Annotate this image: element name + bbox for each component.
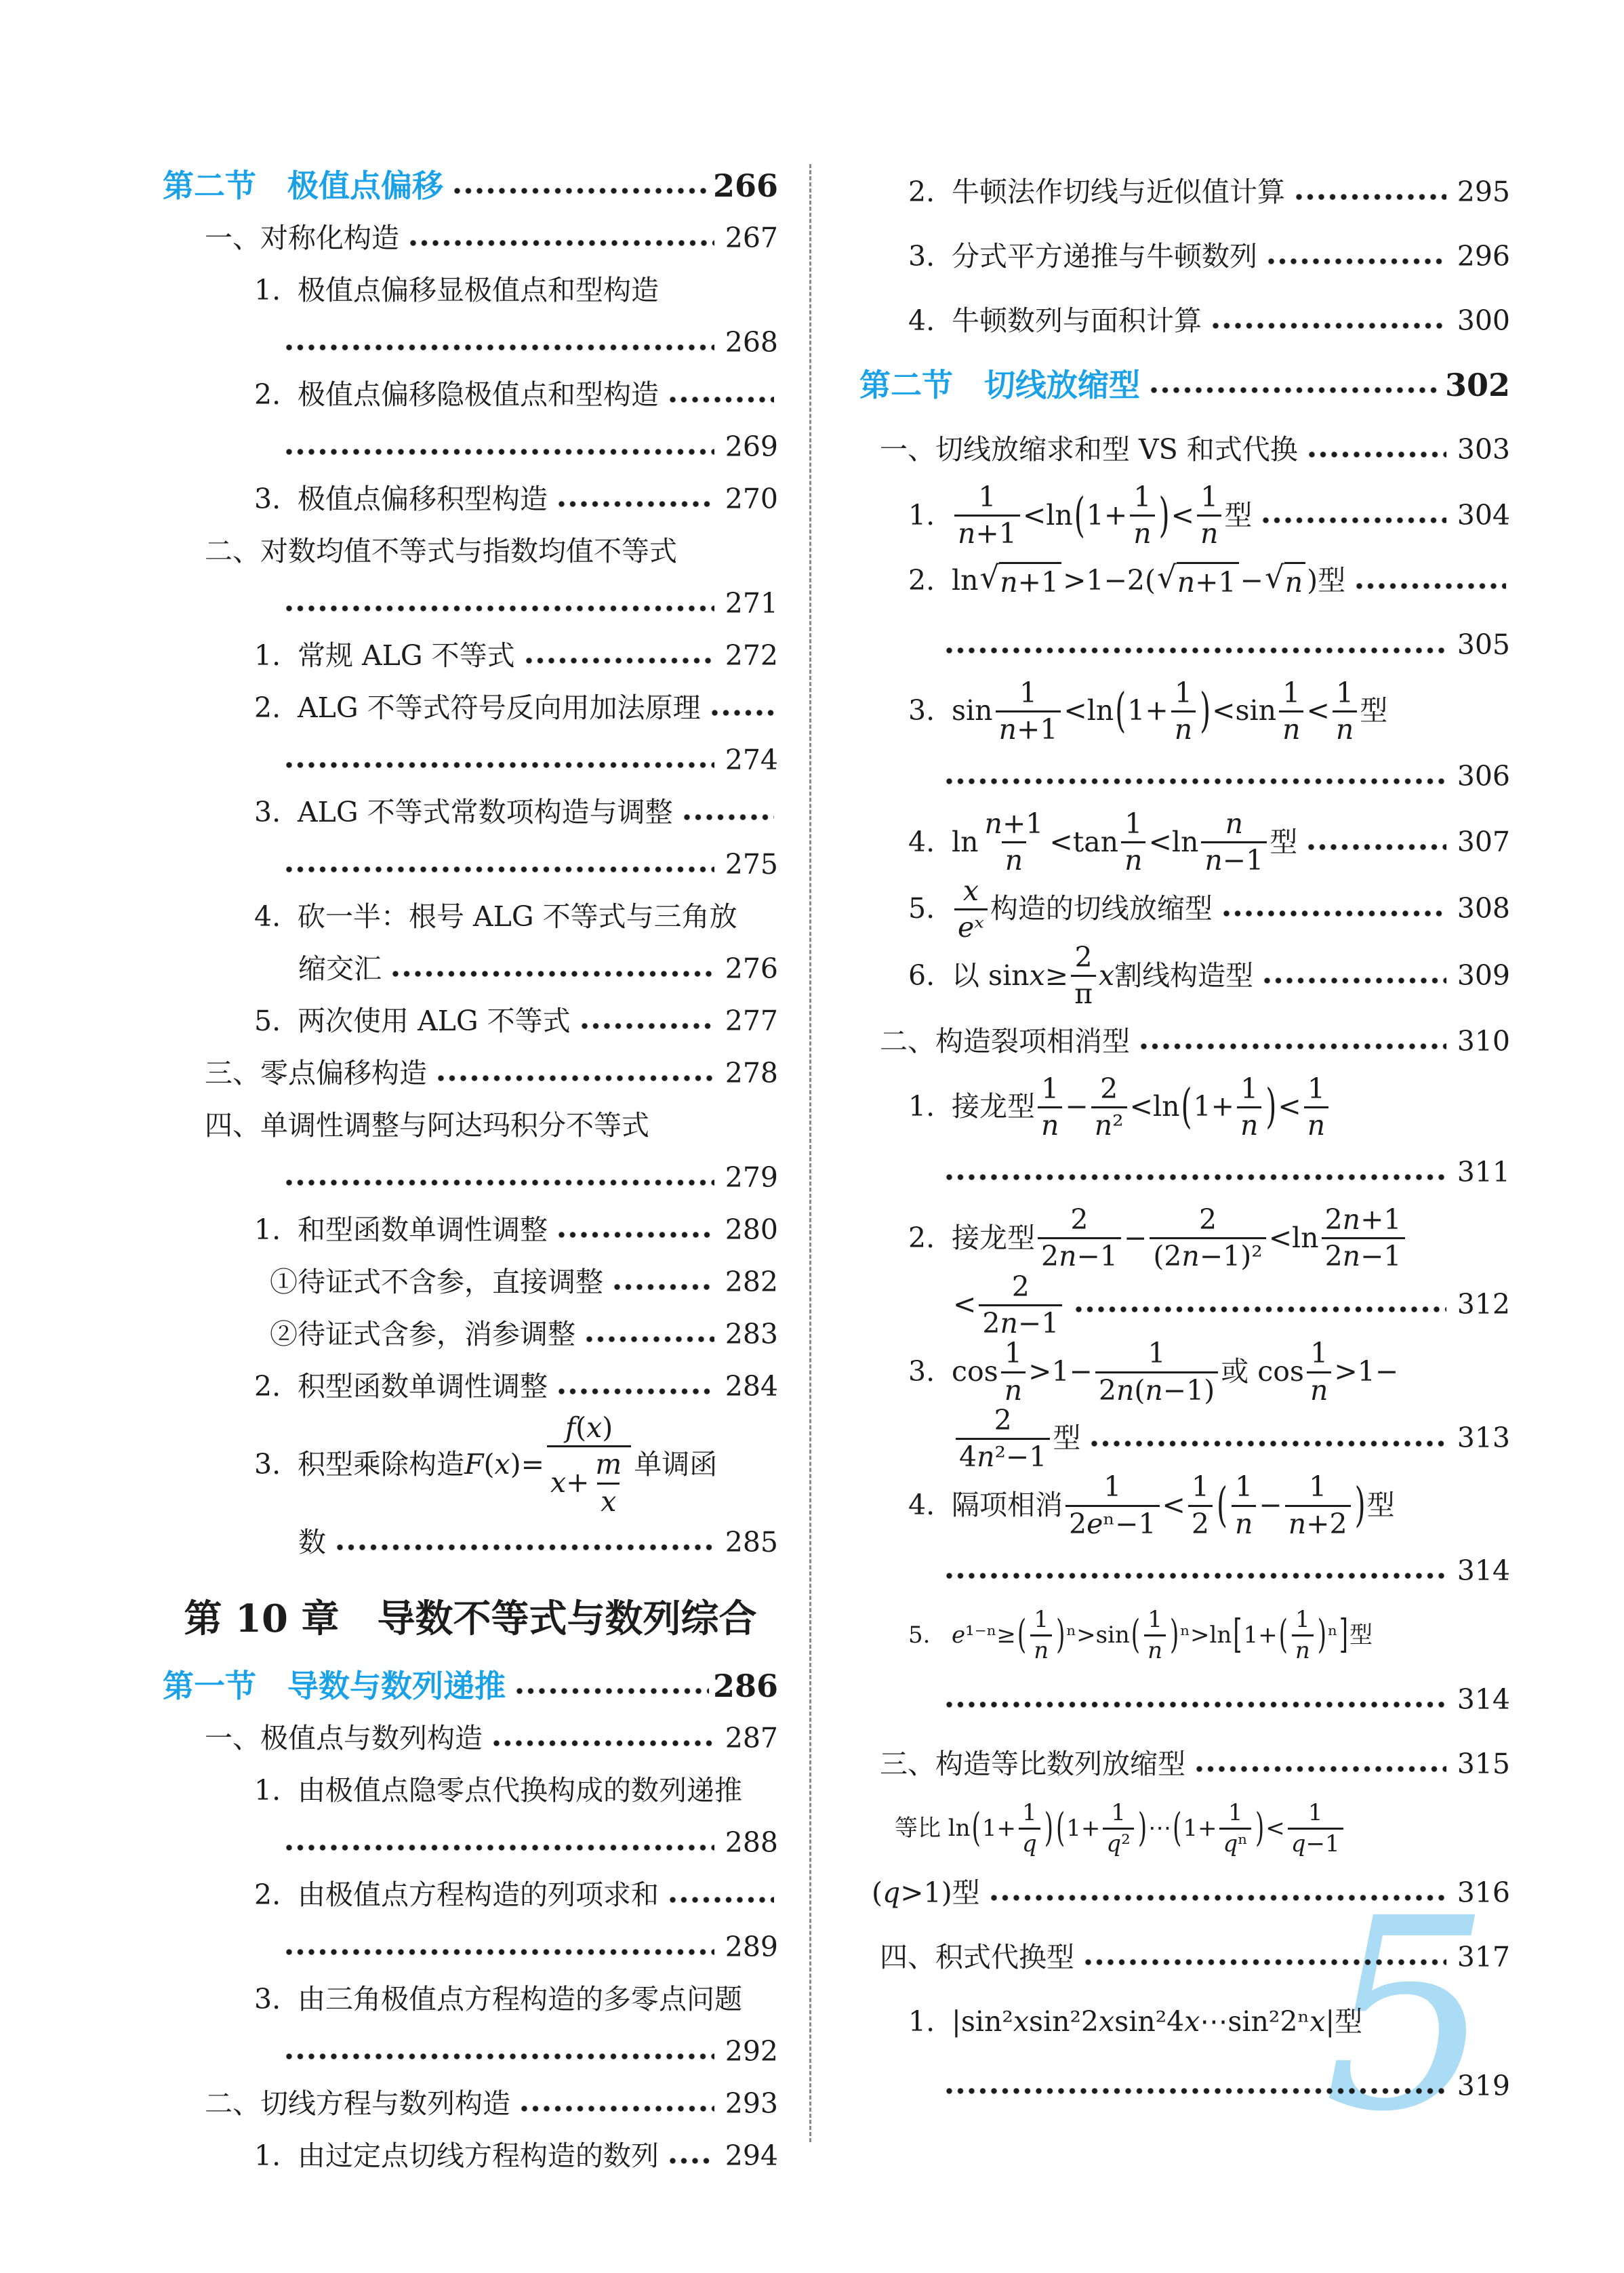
toc-entry: 2.ALG 不等式符号反向用加法原理 <box>254 682 778 734</box>
toc-entry-text: ②待证式含参，消参调整 <box>270 1317 575 1352</box>
math-variable: x <box>550 1468 566 1497</box>
toc-entry: 1.1n+1<ln(1+1n)<1n型 304 <box>908 482 1510 549</box>
toc-text: ALG 不等式符号反向用加法原理 <box>298 691 701 725</box>
toc-left-column: 第二节 极值点偏移266一、对称化构造 2671.极值点偏移显极值点和型构造26… <box>163 160 778 2182</box>
dot-leader <box>557 1230 714 1239</box>
radical-sign: √ <box>980 562 1000 592</box>
toc-entry-number: 2. <box>254 378 298 412</box>
fraction: 1n <box>1197 482 1221 549</box>
dot-leader <box>1222 909 1446 918</box>
math-bracket: ) <box>1254 1804 1265 1853</box>
math-variable: e <box>952 1621 965 1650</box>
toc-text: 1 <box>1282 678 1300 708</box>
toc-page-number: 307 <box>1450 825 1510 860</box>
toc-entry: 2.ln √n+1>1−2(√n+1−√n)型 <box>908 549 1510 613</box>
sqrt-expression: √n <box>1265 562 1305 600</box>
fraction-denominator: n <box>1237 1106 1261 1140</box>
toc-page-number: 280 <box>718 1213 778 1247</box>
toc-text: +1 <box>1360 1205 1401 1234</box>
toc-page-number: 295 <box>1450 175 1510 209</box>
math-variable: x <box>1310 2005 1325 2039</box>
fraction: 2π <box>1071 942 1096 1009</box>
toc-entry: (q>1)型 316 <box>872 1861 1510 1925</box>
math-bracket: ) <box>1137 1804 1148 1853</box>
toc-text: <ln <box>1148 825 1198 860</box>
fraction: 1n <box>1237 1074 1261 1141</box>
fraction-denominator: 4n²−1 <box>956 1438 1050 1472</box>
dot-leader <box>285 447 714 456</box>
toc-text: 1 <box>1103 1472 1121 1502</box>
fraction: 2n+12n−1 <box>1322 1205 1405 1272</box>
toc-entry: 一、对称化构造 267 <box>205 212 778 264</box>
radicand: n+1 <box>1177 562 1239 600</box>
toc-text: −1 <box>1223 845 1263 875</box>
toc-entry-number: 1. <box>908 1089 952 1124</box>
fraction: 1n <box>1144 1607 1166 1664</box>
toc-text: 2 <box>1192 1509 1209 1539</box>
toc-text: <tan <box>1049 825 1118 860</box>
toc-text: >1− <box>1028 1354 1093 1389</box>
toc-text: +1 <box>1017 715 1057 744</box>
fraction-numerator: n+1 <box>981 809 1047 841</box>
toc-text: 极值点偏移显极值点和型构造 <box>298 273 659 308</box>
fraction-numerator: 1 <box>1237 1074 1261 1106</box>
toc-entry: 等比 ln(1+1q)(1+1q²)⋯(1+1qⁿ)<1q−1 <box>895 1796 1510 1861</box>
toc-text: +1 <box>975 519 1016 548</box>
toc-entry-text: 接龙型1n−2n²<ln(1+1n)<1n <box>952 1074 1331 1141</box>
dot-leader <box>557 500 714 508</box>
toc-page-number: 268 <box>718 325 778 360</box>
toc-entry: 数285 <box>298 1516 778 1569</box>
fraction-denominator: 2n−1 <box>1322 1237 1405 1271</box>
math-variable: n <box>1204 845 1222 875</box>
dot-leader <box>285 865 714 874</box>
toc-text: (2 <box>1153 1241 1181 1271</box>
toc-entry-text: cos 1n>1−12n(n−1)或 cos 1n>1− <box>952 1338 1398 1405</box>
math-bracket: ( <box>1171 1804 1183 1853</box>
toc-page-number: 302 <box>1445 366 1510 405</box>
fraction: xeˣ <box>954 876 988 943</box>
toc-text: >ln <box>1190 1621 1232 1650</box>
toc-text: 牛顿法作切线与近似值计算 <box>952 175 1285 209</box>
fraction: 12 <box>1188 1472 1213 1539</box>
fraction-numerator: 1 <box>1225 1801 1246 1828</box>
toc-text: sin²4 <box>1114 2005 1184 2039</box>
math-bracket: ) <box>1169 1611 1180 1660</box>
fraction: 1q² <box>1103 1801 1133 1857</box>
toc-text: 三、构造等比数列放缩型 <box>880 1747 1185 1782</box>
toc-text: 缩交汇 <box>298 952 382 986</box>
fraction-denominator: n <box>1279 710 1303 744</box>
fraction: 1n+2 <box>1285 1472 1351 1539</box>
toc-text: 1+ <box>1193 1089 1234 1124</box>
toc-text: −1 <box>1018 1308 1059 1338</box>
fraction: 1n <box>1030 1607 1052 1664</box>
toc-entry-number: 6. <box>908 959 952 993</box>
toc-text: 2 <box>1325 1205 1343 1234</box>
toc-entry: 314 <box>935 1668 1510 1732</box>
toc-page-number: 315 <box>1450 1747 1510 1782</box>
fraction: 1n <box>1307 1338 1331 1405</box>
sqrt-expression: √n+1 <box>980 562 1062 600</box>
fraction-denominator: q² <box>1103 1828 1133 1857</box>
toc-text: 2 <box>982 1308 1000 1338</box>
dot-leader <box>437 1074 714 1083</box>
math-variable: x <box>1099 2005 1114 2039</box>
toc-text: +1 <box>1002 809 1043 839</box>
toc-entry: 2.牛顿法作切线与近似值计算295 <box>908 160 1510 224</box>
toc-text: 1 <box>1192 1472 1209 1502</box>
toc-entry: 一、极值点与数列构造 287 <box>205 1712 778 1765</box>
toc-text: 1 <box>1133 482 1151 512</box>
toc-text: ⁿ <box>1238 1832 1248 1857</box>
toc-text: − <box>1065 1089 1088 1124</box>
toc-entry: 305 <box>935 613 1510 678</box>
toc-text: 1 <box>1148 1607 1162 1632</box>
toc-entry-text: 极值点偏移积型构造 <box>298 482 548 517</box>
toc-entry-text: 第一节 导数与数列递推 <box>163 1667 506 1706</box>
toc-entry-text: <22n−1 <box>953 1272 1065 1339</box>
math-variable: n <box>1041 1110 1059 1140</box>
toc-entry-text: 数 <box>298 1525 326 1560</box>
toc-entry: 四、积式代换型 317 <box>880 1925 1510 1990</box>
toc-page-number: 304 <box>1450 498 1510 533</box>
toc-entry: 2.积型函数单调性调整284 <box>254 1361 778 1413</box>
toc-entry: 4.砍一半：根号 ALG 不等式与三角放 <box>254 891 778 943</box>
toc-entry-text: 以 sinx≥2πx 割线构造型 <box>952 942 1253 1009</box>
toc-entry-text: (q>1)型 <box>872 1876 980 1910</box>
toc-text: >sin <box>1076 1621 1130 1650</box>
fraction-denominator: n+1 <box>996 710 1061 744</box>
math-variable: n <box>1307 1110 1325 1140</box>
toc-text: 2 <box>1041 1241 1059 1271</box>
toc-text: + <box>566 1468 589 1497</box>
dot-leader <box>945 1571 1446 1580</box>
toc-text: ( <box>1134 1375 1145 1405</box>
toc-text: 由过定点切线方程构造的数列 <box>298 2139 659 2173</box>
toc-text: 或 cos <box>1221 1354 1304 1389</box>
toc-page-number: 308 <box>1450 891 1510 926</box>
toc-text: 1 <box>1307 1074 1325 1104</box>
toc-entry: 二、切线方程与数列构造 293 <box>205 2078 778 2130</box>
fraction-denominator: n² <box>1091 1106 1127 1140</box>
math-variable: n <box>1145 1375 1162 1405</box>
toc-text: 型 <box>1053 1421 1080 1455</box>
toc-text: 极值点偏移隐极值点和型构造 <box>298 378 659 412</box>
math-variable: x <box>1030 959 1045 993</box>
toc-text: >1− <box>1334 1354 1398 1389</box>
toc-entry: 274 <box>275 734 778 786</box>
dot-leader <box>945 1173 1446 1182</box>
toc-page-number: 292 <box>718 2034 778 2069</box>
dot-leader <box>1355 582 1506 590</box>
toc-entry-text: 牛顿数列与面积计算 <box>952 304 1202 338</box>
toc-page-number: 269 <box>718 430 778 464</box>
toc-page-number: 287 <box>718 1721 778 1756</box>
fraction-denominator: n <box>1121 841 1145 875</box>
toc-text: ) <box>602 1413 613 1443</box>
math-variable: x <box>963 876 979 906</box>
fraction-numerator: 1 <box>1305 1801 1326 1828</box>
toc-entry: 288 <box>275 1817 778 1869</box>
math-bracket: ( <box>1073 486 1087 545</box>
toc-entry: 4.ln n+1n<tan 1n<ln nn−1型307 <box>908 809 1510 876</box>
math-variable: f <box>565 1413 575 1443</box>
toc-entry-text: 1n+1<ln(1+1n)<1n型 <box>952 482 1252 549</box>
toc-text: <ln <box>1063 693 1114 728</box>
toc-entry-number: 1. <box>908 2005 952 2039</box>
dot-leader <box>1295 193 1446 201</box>
fraction: 22n−1 <box>979 1272 1062 1339</box>
toc-text: 2 <box>1099 1375 1116 1405</box>
toc-text: ² <box>1112 1110 1123 1140</box>
toc-text: sin²2 <box>1029 2005 1099 2039</box>
toc-entry-text: 砍一半：根号 ALG 不等式与三角放 <box>298 900 737 934</box>
dot-leader <box>285 1948 714 1956</box>
math-bracket: ( <box>1114 681 1127 740</box>
fraction-numerator: 1 <box>1304 1074 1328 1106</box>
fraction-numerator: 2n+1 <box>1322 1205 1405 1237</box>
dot-leader <box>945 2087 1446 2095</box>
toc-text: 4 <box>959 1442 977 1472</box>
toc-text: 1 <box>1004 1338 1022 1368</box>
toc-entry: 319 <box>935 2054 1510 2118</box>
toc-text: 1 <box>1148 1338 1166 1368</box>
fraction-denominator: π <box>1071 975 1096 1009</box>
fraction: nn−1 <box>1201 809 1267 876</box>
toc-entry-text: 接龙型22n−1−2(2n−1)²<ln 2n+12n−1 <box>952 1205 1408 1272</box>
toc-text: 1 <box>1336 678 1354 708</box>
math-variable: n <box>1116 1375 1134 1405</box>
toc-entry-text: ALG 不等式常数项构造与调整 <box>298 795 673 830</box>
toc-text: 1+ <box>1243 1621 1277 1650</box>
toc-text: 1 <box>1124 809 1142 839</box>
toc-page-number: 270 <box>718 482 778 517</box>
toc-entry-number: 2. <box>254 1369 298 1404</box>
toc-page-number: 282 <box>718 1265 778 1300</box>
fraction-numerator: 1 <box>1188 1472 1213 1504</box>
toc-text: 1 <box>1235 1472 1253 1502</box>
math-bracket: [ <box>1232 1611 1243 1660</box>
math-variable: q <box>882 1876 900 1910</box>
toc-entry: 三、构造等比数列放缩型 315 <box>880 1732 1510 1796</box>
fraction: 1n+1 <box>996 678 1061 745</box>
math-variable: n <box>977 1442 994 1472</box>
fraction-numerator: 1 <box>1144 1607 1166 1635</box>
toc-text: 极值点偏移积型构造 <box>298 482 548 517</box>
math-variable: n <box>1343 1241 1360 1271</box>
math-variable: n <box>1285 565 1303 600</box>
dot-leader <box>585 1335 714 1344</box>
toc-entry: 1.和型函数单调性调整280 <box>254 1204 778 1256</box>
dot-leader <box>1090 1439 1446 1448</box>
toc-text: −1 <box>1360 1241 1401 1271</box>
toc-text: )= <box>510 1447 544 1482</box>
toc-text: 1 <box>1240 1074 1258 1104</box>
dot-leader <box>525 656 714 665</box>
fraction: 1n <box>1279 678 1303 745</box>
dot-leader <box>668 1895 774 1904</box>
math-variable: m <box>595 1449 622 1479</box>
toc-text: <ln <box>1269 1221 1319 1255</box>
fraction: 1n <box>1130 482 1154 549</box>
toc-entry-number: 4. <box>908 304 952 338</box>
toc-entry-text: 二、对数均值不等式与指数均值不等式 <box>205 534 677 569</box>
fraction-denominator: n <box>1197 515 1221 548</box>
toc-entry: 3.由三角极值点方程构造的多零点问题 <box>254 1973 778 2026</box>
dot-leader <box>557 1387 714 1396</box>
toc-entry: 缩交汇276 <box>298 943 778 995</box>
fraction-numerator: x <box>960 876 982 908</box>
math-variable: q <box>1291 1832 1306 1857</box>
dot-leader <box>285 1178 714 1187</box>
toc-text: ² <box>1121 1832 1131 1857</box>
toc-entry: 269 <box>275 421 778 473</box>
math-variable: x <box>1013 2005 1029 2039</box>
toc-entry: 306 <box>935 744 1510 809</box>
fraction-numerator: 1 <box>1030 1607 1052 1635</box>
dot-leader <box>945 1700 1446 1709</box>
toc-text: +1 <box>1195 565 1236 600</box>
toc-text: 1+ <box>1127 693 1168 728</box>
toc-text: ( <box>872 1876 882 1910</box>
toc-page-number: 316 <box>1450 1876 1510 1910</box>
toc-text: 2 <box>1069 1509 1087 1539</box>
toc-text: 第二节 极值点偏移 <box>163 167 443 206</box>
toc-text: >1)型 <box>900 1876 979 1910</box>
toc-entry-number: 3. <box>254 1982 298 2017</box>
column-divider <box>809 164 811 2142</box>
math-bracket: ) <box>1354 1476 1367 1535</box>
toc-page-number: 305 <box>1450 628 1510 662</box>
math-bracket: ] <box>1338 1611 1349 1660</box>
toc-entry-number: 2. <box>908 1221 952 1255</box>
fraction-denominator: n+2 <box>1285 1505 1351 1539</box>
fraction: 1n <box>1001 1338 1026 1405</box>
toc-text: ⁿ <box>1180 1621 1190 1650</box>
toc-entry-text: 四、单调性调整与阿达玛积分不等式 <box>205 1108 649 1143</box>
toc-text: ≥ <box>996 1621 1016 1650</box>
toc-text: ln <box>952 563 979 598</box>
toc-entry-text: 缩交汇 <box>298 952 382 986</box>
math-variable: x <box>586 1413 602 1443</box>
toc-page-number: 294 <box>718 2139 778 2173</box>
toc-page-number: 311 <box>1450 1155 1510 1190</box>
toc-entry-text: 二、切线方程与数列构造 <box>205 2087 510 2121</box>
fraction-numerator: 1 <box>1001 1338 1026 1371</box>
math-variable: q <box>1106 1832 1121 1857</box>
toc-entry-text: ln √n+1>1−2(√n+1−√n)型 <box>952 562 1345 600</box>
toc-entry: 5.e¹⁻ⁿ≥(1n)ⁿ>sin(1n)ⁿ>ln[1+(1n)ⁿ]型 <box>908 1603 1510 1668</box>
toc-entry-text: |sin²x sin²2x sin²4x⋯sin²2ⁿx|型 <box>952 2005 1362 2039</box>
toc-page-number: 283 <box>718 1317 778 1352</box>
math-variable: n <box>1148 1638 1162 1664</box>
toc-page-number: 288 <box>718 1826 778 1860</box>
dot-leader <box>492 1739 714 1748</box>
dot-leader <box>285 761 714 769</box>
toc-entry: 3.极值点偏移积型构造270 <box>254 473 778 525</box>
math-bracket: ) <box>1316 1611 1328 1660</box>
math-variable: n <box>958 519 975 548</box>
fraction-numerator: 2 <box>1097 1074 1121 1106</box>
toc-text: < <box>1306 693 1329 728</box>
toc-entry-text: 常规 ALG 不等式 <box>298 639 515 673</box>
fraction-denominator: n <box>1333 710 1357 744</box>
toc-text: 接龙型 <box>952 1089 1035 1124</box>
fraction-denominator: 2n(n−1) <box>1095 1371 1218 1405</box>
toc-text: ⁿ <box>1066 1621 1076 1650</box>
toc-text: ( <box>483 1447 494 1482</box>
toc-text: ln <box>952 825 979 860</box>
toc-text: 单调函 <box>634 1447 717 1482</box>
toc-text: 三、零点偏移构造 <box>205 1056 427 1091</box>
toc-entry: 3.sin 1n+1<ln(1+1n)<sin 1n<1n型 <box>908 678 1510 745</box>
toc-right-column: 2.牛顿法作切线与近似值计算2953.分式平方递推与牛顿数列2964.牛顿数列与… <box>859 160 1510 2118</box>
fraction-denominator: (2n−1)² <box>1150 1237 1265 1271</box>
math-variable: n <box>1310 1375 1328 1405</box>
fraction: 1qⁿ <box>1219 1801 1251 1857</box>
math-bracket: ( <box>1016 1611 1028 1660</box>
toc-entry: <22n−1312 <box>953 1272 1510 1339</box>
dot-leader <box>710 708 774 717</box>
toc-text: ⁿ <box>1328 1621 1338 1650</box>
toc-text: 四、单调性调整与阿达玛积分不等式 <box>205 1108 649 1143</box>
toc-entry: ②待证式含参，消参调整283 <box>270 1308 778 1361</box>
toc-text: 构造的切线放缩型 <box>990 891 1213 926</box>
math-bracket: ) <box>1158 486 1171 545</box>
toc-page-number: 267 <box>718 221 778 256</box>
toc-entry-text: 第 10 章 导数不等式与数列综合 <box>184 1595 757 1643</box>
toc-text: <sin <box>1212 693 1276 728</box>
dot-leader <box>520 2104 714 2113</box>
math-variable: n <box>1200 519 1218 548</box>
toc-entry-text: 积型乘除构造 F(x)=f(x)x+mx单调函 <box>298 1413 717 1516</box>
toc-entry: 第 10 章 导数不等式与数列综合 <box>163 1593 778 1645</box>
toc-entry-text: 24n²−1型 <box>953 1405 1080 1472</box>
dot-leader <box>1074 1305 1446 1314</box>
fraction-denominator: 2n−1 <box>1038 1237 1121 1271</box>
toc-page-number: 293 <box>718 2087 778 2121</box>
dot-leader <box>285 2052 714 2061</box>
dot-leader <box>1307 843 1446 851</box>
toc-text: < <box>953 1287 976 1322</box>
math-variable: F <box>464 1447 483 1482</box>
dot-leader <box>285 604 714 613</box>
toc-entry: 4.隔项相消12eⁿ−1<12(1n−1n+2)型 <box>908 1472 1510 1539</box>
math-variable: n <box>1343 1205 1360 1234</box>
toc-entry-number: 3. <box>254 482 298 517</box>
toc-entry-number: 3. <box>908 693 952 728</box>
fraction-denominator: q−1 <box>1288 1828 1343 1857</box>
radicand: n <box>1284 562 1305 600</box>
dot-leader <box>453 186 709 195</box>
fraction: mx <box>592 1449 625 1516</box>
toc-page-number: 278 <box>718 1056 778 1091</box>
toc-text: 1 <box>1310 1338 1328 1368</box>
toc-text: 1 <box>1019 678 1037 708</box>
toc-text: 1+ <box>1183 1814 1217 1843</box>
dot-leader <box>945 777 1446 786</box>
fraction-numerator: 1 <box>1279 678 1303 710</box>
math-bracket: ) <box>1043 1804 1055 1853</box>
toc-text: 积型乘除构造 <box>298 1447 464 1482</box>
fraction-numerator: 2 <box>1009 1272 1033 1304</box>
toc-text: 积型函数单调性调整 <box>298 1369 548 1404</box>
math-bracket: ( <box>971 1804 982 1853</box>
dot-leader <box>285 343 714 352</box>
toc-text: < <box>1162 1488 1185 1523</box>
toc-entry-text: e¹⁻ⁿ≥(1n)ⁿ>sin(1n)ⁿ>ln[1+(1n)ⁿ]型 <box>952 1607 1373 1664</box>
